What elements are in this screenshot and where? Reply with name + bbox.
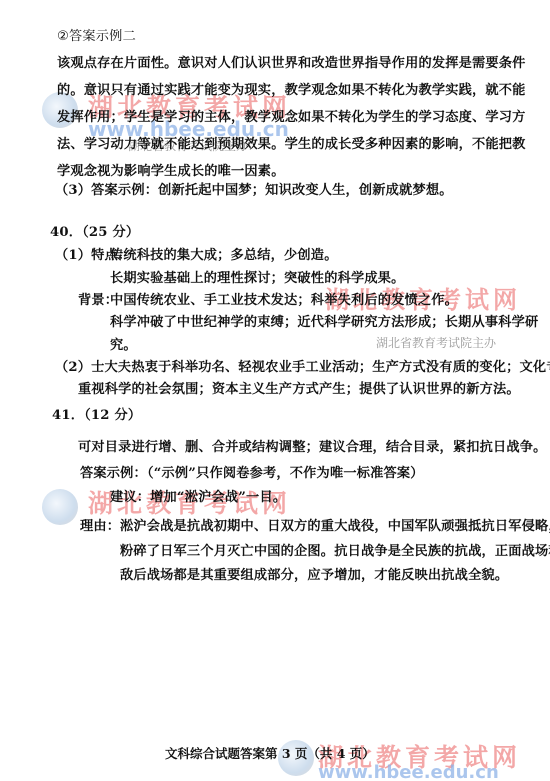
- q40-heading: 40．（25 分）: [50, 225, 139, 241]
- q41-line: 可对目录进行增、删、合并或结构调整；建议合理，结合目录，紧扣抗日战争。: [78, 440, 547, 456]
- q40-p1-line: 长期实验基础上的理性探讨；突破性的科学成果。: [110, 271, 405, 287]
- q41-suggestion: 建议：增加“淞沪会战”一目。: [110, 490, 286, 506]
- q41-reason-line: 粉碎了日军三个月灭亡中国的企图。抗日战争是全民族的抗战，正面战场和: [120, 544, 550, 560]
- q41-example: 答案示例：（“示例”只作阅卷参考，不作为唯一标准答案）: [80, 466, 424, 482]
- section-heading-example-2: ②答案示例二: [57, 29, 136, 45]
- page-footer: 文科综合试题答案第 3 页（共 4 页）: [165, 744, 375, 762]
- q40-bg-line: 中国传统农业、手工业技术发达；科举失利后的发愤之作。: [110, 293, 458, 309]
- watermark-url: www.hbee.edu.cn: [318, 762, 499, 781]
- q40-bg-line: 究。: [110, 338, 137, 354]
- q40-bg-line: 科学冲破了中世纪神学的束缚；近代科学研究方法形成；长期从事科学研: [110, 315, 538, 331]
- q39-part3: （3）答案示例：创新托起中国梦；知识改变人生，创新成就梦想。: [55, 183, 453, 199]
- paragraph-line: 学观念视为影响学生成长的唯一因素。: [57, 164, 285, 180]
- watermark-globe-icon: [42, 489, 78, 525]
- q41-reason-label: 理由：: [80, 519, 120, 535]
- paragraph-line: 的。意识只有通过实践才能变为现实，教学观念如果不转化为教学实践，就不能: [57, 83, 526, 99]
- q40-p1-line: 传统科技的集大成；多总结，少创造。: [110, 248, 338, 264]
- paragraph-line: 法、学习动力等就不能达到预期效果。学生的成长受多种因素的影响，不能把教: [57, 137, 526, 153]
- q40-p2-line: 重视科学的社会氛围；资本主义生产方式产生；提供了认识世界的新方法。: [78, 382, 520, 398]
- q41-reason-line: 敌后战场都是其重要组成部分，应予增加，才能反映出抗战全貌。: [120, 568, 508, 584]
- q40-p2-line: （2）士大夫热衷于科举功名、轻视农业手工业活动；生产方式没有质的变化；文化专制。: [55, 360, 550, 376]
- paragraph-line: 该观点存在片面性。意识对人们认识世界和改造世界指导作用的发挥是需要条件: [57, 56, 526, 72]
- q41-heading: 41．（12 分）: [52, 408, 141, 424]
- paragraph-line: 发挥作用；学生是学习的主体，教学观念如果不转化为学生的学习态度、学习方: [57, 110, 526, 126]
- watermark-sub: 湖北省教育考试院主办: [376, 334, 496, 351]
- q41-reason-line: 淞沪会战是抗战初期中、日双方的重大战役，中国军队顽强抵抗日军侵略，: [120, 519, 550, 535]
